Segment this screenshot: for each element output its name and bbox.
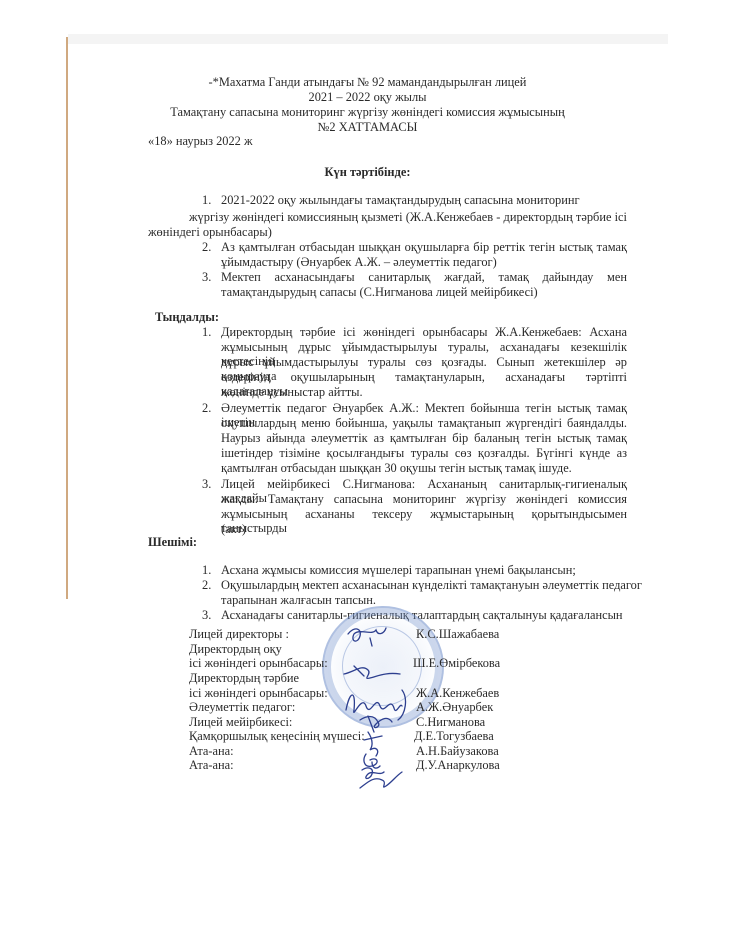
signatory-name: Ж.А.Кенжебаев (416, 686, 499, 700)
agenda-item-text: Мектеп асханасындағы санитарлық жағдай, … (221, 270, 627, 284)
heard-item-text: жөнінде ұсыныстар айтты. (221, 385, 363, 399)
list-number: 1. (202, 563, 211, 577)
heard-item-text: (акт) (221, 522, 246, 536)
academic-year: 2021 – 2022 оқу жылы (0, 90, 735, 104)
agenda-item-text: тамақтандырудың сапасы (С.Нигманова лице… (221, 285, 538, 299)
signatory-name: К.С.Шажабаева (416, 627, 499, 641)
agenda-item-text: Аз қамтылған отбасыдан шыққан оқушыларға… (221, 240, 627, 254)
commission-title: Тамақтану сапасына мониторинг жүргізу жө… (0, 105, 735, 119)
decision-item-text: тарапынан жалғасын тапсын. (221, 593, 376, 607)
scan-shadow (68, 34, 668, 44)
list-number: 3. (202, 477, 211, 491)
signatory-role: Директордың оқу (189, 642, 282, 656)
signatory-role: Лицей директоры : (189, 627, 289, 641)
decision-item-text: Оқушылардың мектеп асханасынан күнделікт… (221, 578, 642, 592)
signatory-role: Әлеуметтік педагог: (189, 700, 295, 714)
signatory-role: Қамқоршылық кеңесінің мүшесі: (189, 729, 365, 743)
decision-item-text: Асхана жұмысы комиссия мүшелері тарапына… (221, 563, 576, 577)
list-number: 1. (202, 325, 211, 339)
heard-item-text: оқушылардың меню бойынша, уақылы тамақта… (221, 416, 627, 430)
agenda-item-text: ұйымдастыру (Әнуарбек А.Ж. – әлеуметтік … (221, 255, 497, 269)
signatory-name: С.Нигманова (416, 715, 485, 729)
signatory-name: Ш.Е.Өмірбекова (413, 656, 500, 670)
agenda-item-text: жөніндегі орынбасары) (148, 225, 272, 239)
list-number: 3. (202, 608, 211, 622)
signatory-role: Лицей мейірбикесі: (189, 715, 292, 729)
handwritten-signatures (340, 620, 420, 800)
signatory-name: А.Ж.Әнуарбек (416, 700, 493, 714)
heard-title: Тыңдалды: (155, 310, 219, 324)
agenda-title: Күн тәртібінде: (0, 165, 735, 179)
heard-item-text: Директордың тәрбие ісі жөніндегі орынбас… (221, 325, 627, 339)
agenda-item-text: жүргізу жөніндегі комиссияның қызметі (Ж… (189, 210, 627, 224)
signatory-role: Ата-ана: (189, 744, 234, 758)
signatory-role: ісі жөніндегі орынбасары: (189, 656, 328, 670)
heard-item-text: қамтылған отбасыдан шыққан 30 оқушы тегі… (221, 461, 572, 475)
signatory-role: ісі жөніндегі орынбасары: (189, 686, 328, 700)
heard-item-text: жақсы. Тамақтану сапасына мониторинг жүр… (221, 492, 627, 506)
list-number: 2. (202, 578, 211, 592)
list-number: 2. (202, 240, 211, 254)
signatory-name: А.Н.Байузакова (416, 744, 499, 758)
list-number: 1. (202, 193, 211, 207)
school-name: -*Махатма Ганди атындағы № 92 маманданды… (0, 75, 735, 89)
protocol-number: №2 ХАТТАМАСЫ (0, 120, 735, 134)
decision-title: Шешімі: (148, 535, 197, 549)
document-date: «18» наурыз 2022 ж (148, 134, 253, 148)
list-number: 3. (202, 270, 211, 284)
heard-item-text: Наурыз айында әлеуметтік аз қамтылған бі… (221, 431, 627, 445)
heard-item-text: ішетіндер тізіміне қосылғандығы туралы с… (221, 446, 627, 460)
signatory-role: Директордың тәрбие (189, 671, 299, 685)
signatory-role: Ата-ана: (189, 758, 234, 772)
list-number: 2. (202, 401, 211, 415)
signatory-name: Д.Е.Тогузбаева (414, 729, 494, 743)
agenda-item-text: 2021-2022 оқу жылындағы тамақтандырудың … (221, 193, 580, 207)
heard-item-text: жұмысының асхананы тексеру жұмыстарының … (221, 507, 627, 535)
signatory-name: Д.У.Анаркулова (416, 758, 500, 772)
